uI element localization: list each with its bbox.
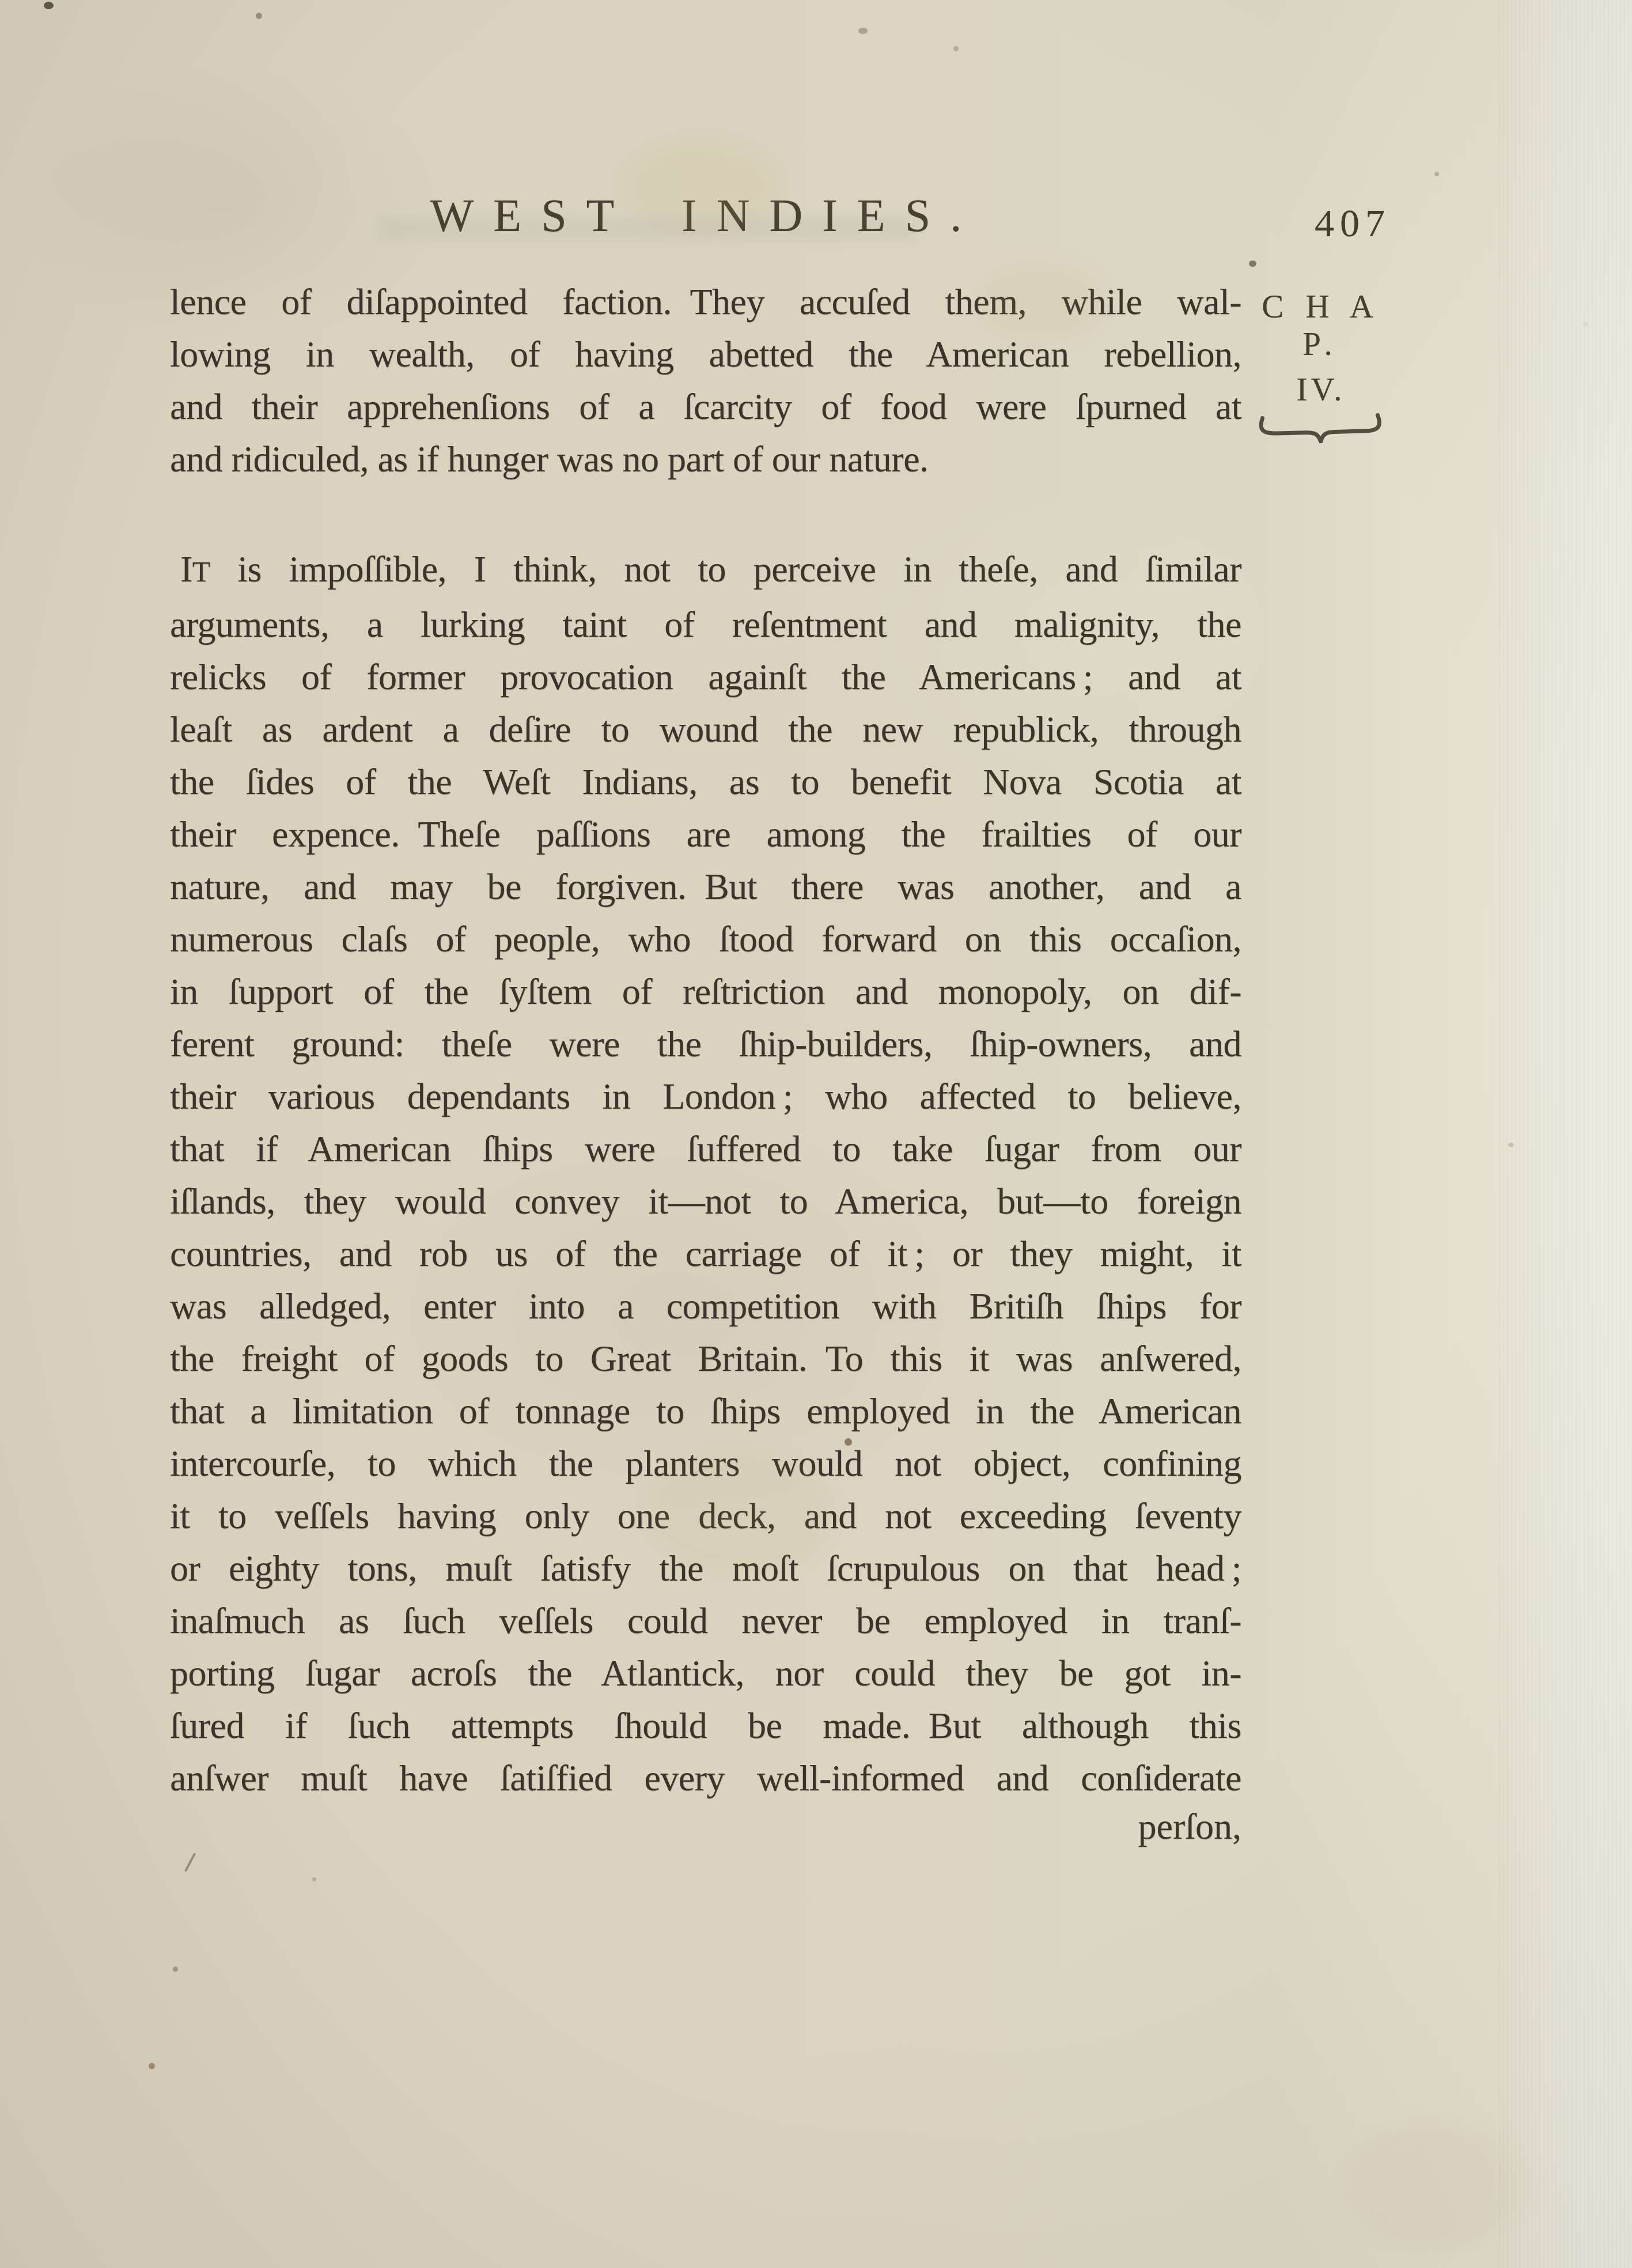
paper-speck (173, 1967, 178, 1972)
paper-speck (256, 13, 262, 19)
text-line: porting ſugar acroſs the Atlantick, nor … (170, 1647, 1241, 1699)
paper-speck (1508, 1143, 1514, 1147)
text-line: iſlands, they would convey it—not to Ame… (170, 1175, 1241, 1227)
paper-speck (312, 1877, 316, 1881)
text-line: or eighty tons, muſt ſatisfy the moſt ſc… (170, 1542, 1241, 1594)
chapter-margin-note: C H A P. IV. (1249, 288, 1393, 446)
text-line: anſwer muſt have ſatiſfied every well-in… (170, 1752, 1241, 1804)
pen-slash-mark (184, 1853, 196, 1872)
text-line: the ſides of the Weſt Indians, as to ben… (170, 755, 1241, 808)
paper-speck (1583, 322, 1588, 327)
body-text-block: lence of diſappointed faction. They accu… (170, 275, 1241, 1804)
text-line: and their apprehenſions of a ſcarcity of… (170, 380, 1241, 433)
running-head: WEST INDIES. (170, 190, 1241, 243)
chapter-numeral: IV. (1249, 371, 1393, 409)
text-line: relicks of former provocation againſt th… (170, 651, 1241, 703)
page-number: 407 (1315, 201, 1391, 246)
text-line: numerous claſs of people, who ſtood forw… (170, 913, 1241, 965)
chapter-label: C H A P. (1249, 288, 1393, 363)
text-line: and ridiculed, as if hunger was no part … (170, 433, 1241, 485)
text-line: nature, and may be forgiven. But there w… (170, 860, 1241, 913)
text-line: intercourſe, to which the planters would… (170, 1437, 1241, 1490)
chapter-brace-ornament (1256, 410, 1385, 445)
paper-speck (149, 2063, 155, 2069)
text-line: ferent ground: theſe were the ſhip-build… (170, 1018, 1241, 1070)
text-line: countries, and rob us of the carriage of… (170, 1227, 1241, 1280)
text-line: in ſupport of the ſyſtem of reſtriction … (170, 965, 1241, 1018)
text-line: it to veſſels having only one deck, and … (170, 1490, 1241, 1542)
text-line: their various dependants in London ; who… (170, 1070, 1241, 1122)
text-line: IT is impoſſible, I think, not to percei… (170, 543, 1241, 598)
paper-speck (1434, 172, 1439, 176)
text-line: lence of diſappointed faction. They accu… (170, 275, 1241, 328)
text-line: ſured if ſuch attempts ſhould be made. B… (170, 1699, 1241, 1752)
text-line: that a limitation of tonnage to ſhips em… (170, 1385, 1241, 1437)
paper-stain (1348, 2120, 1532, 2247)
book-page-scan: WEST INDIES. 407 C H A P. IV. lence of d… (0, 0, 1632, 2268)
paper-speck (44, 2, 54, 9)
paper-speck (1249, 260, 1256, 267)
paragraph: IT is impoſſible, I think, not to percei… (170, 543, 1241, 1804)
text-line: was alledged, enter into a competition w… (170, 1280, 1241, 1332)
text-line: lowing in wealth, of having abetted the … (170, 328, 1241, 380)
text-line: their expence. Theſe paſſions are among … (170, 808, 1241, 860)
text-line: the freight of goods to Great Britain. T… (170, 1332, 1241, 1385)
text-line: inaſmuch as ſuch veſſels could never be … (170, 1594, 1241, 1647)
paragraph: lence of diſappointed faction. They accu… (170, 275, 1241, 485)
paper-speck (858, 28, 868, 34)
page-edge-light-band (1497, 0, 1632, 2268)
text-line: leaſt as ardent a deſire to wound the ne… (170, 703, 1241, 755)
text-line: that if American ſhips were ſuffered to … (170, 1122, 1241, 1175)
paper-speck (953, 46, 959, 51)
catchword: perſon, (170, 1800, 1241, 1853)
text-line: arguments, a lurking taint of reſentment… (170, 598, 1241, 651)
